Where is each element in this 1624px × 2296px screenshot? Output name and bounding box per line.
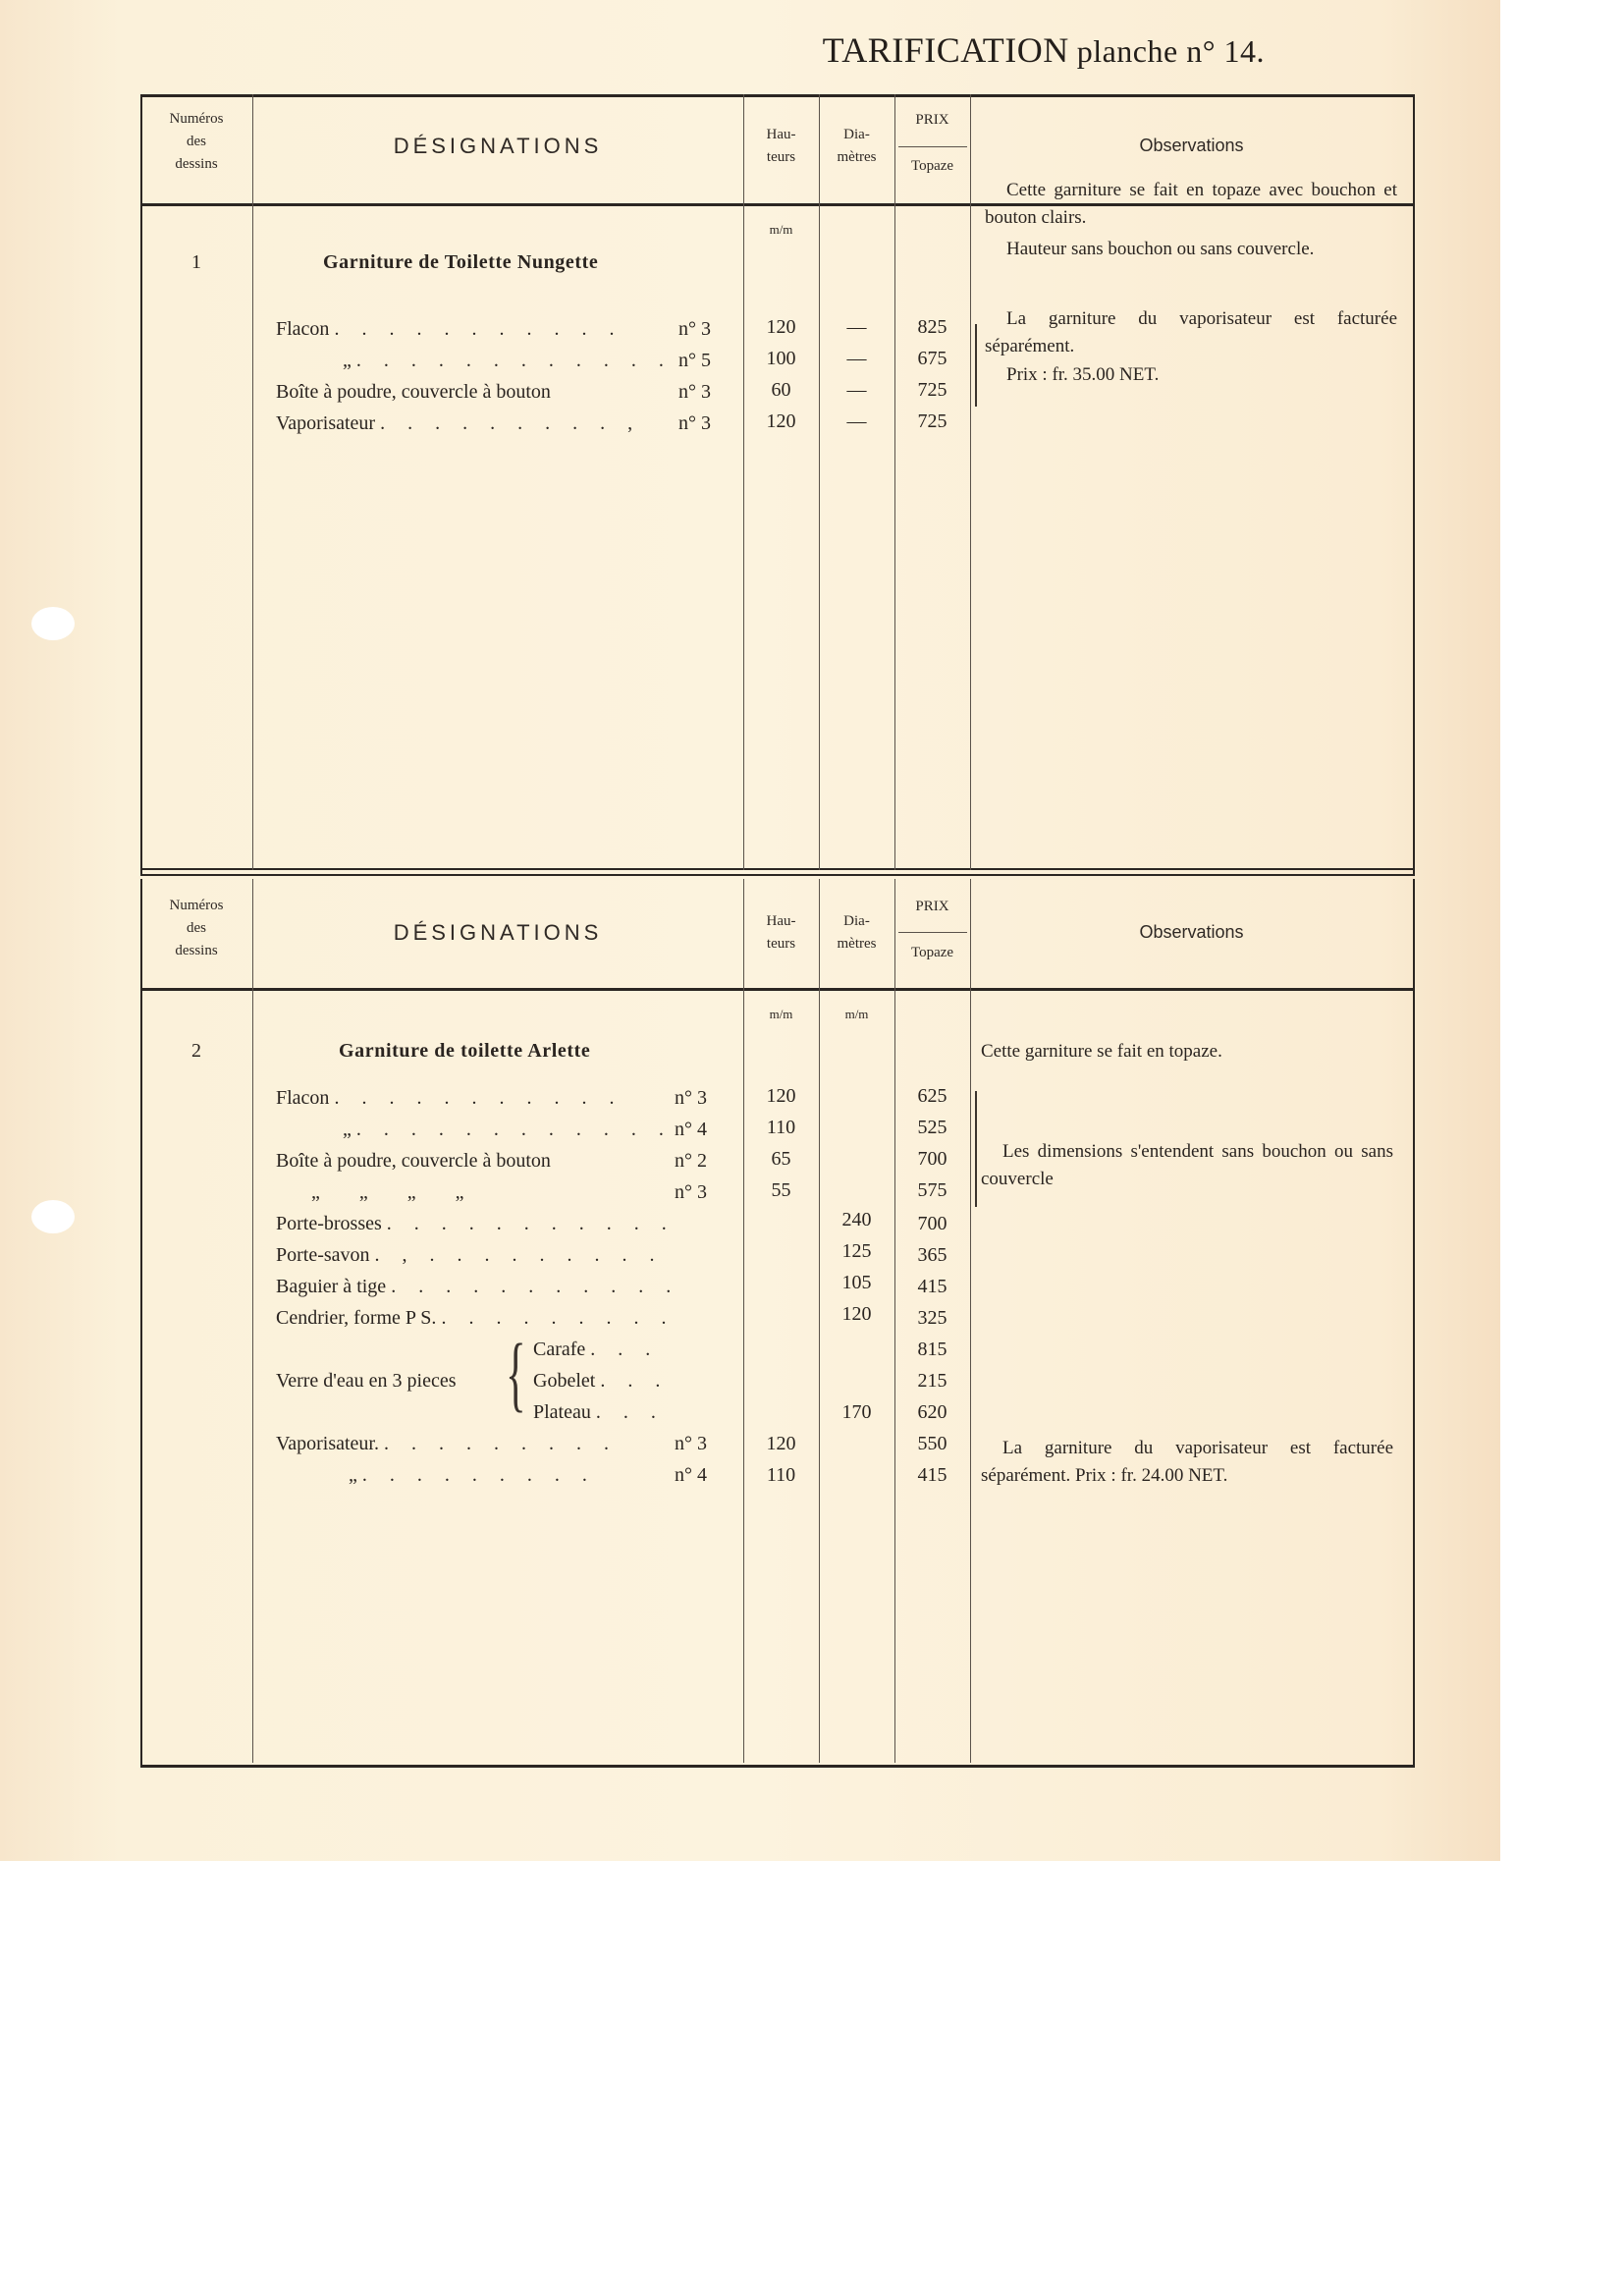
section-heading: Garniture de toilette Arlette (339, 1040, 590, 1063)
prix-separator (898, 932, 967, 933)
observation-text: Cette garniture se fait en topaze. (981, 1038, 1393, 1066)
col-divider (252, 879, 253, 1763)
col-divider (743, 94, 744, 870)
header-numeros: Numérosdesdessins (140, 108, 252, 176)
table-border-right (1413, 879, 1415, 1768)
table-border-left (140, 879, 142, 1768)
header-topaze: Topaze (894, 942, 970, 964)
unit-hauteurs: m/m (743, 222, 819, 238)
col-divider (970, 94, 971, 870)
document-page: TARIFICATIONplanche n° 14. Numérosdesdes… (0, 0, 1500, 1861)
curly-brace-icon: { (506, 1331, 526, 1415)
header-observations: Observations (970, 922, 1413, 943)
punch-hole (31, 607, 75, 640)
col-divider (894, 94, 895, 870)
table-border-right (1413, 94, 1415, 876)
price-table-1: Numérosdesdessins DÉSIGNATIONS Hau-teurs… (140, 94, 1415, 876)
drawing-number: 1 (140, 251, 252, 274)
col-divider (819, 94, 820, 870)
col-divider (970, 879, 971, 1763)
header-numeros: Numérosdesdessins (140, 895, 252, 962)
observation-text: Hauteur sans bouchon ou sans couvercle. (985, 236, 1397, 263)
unit-diametres: m/m (819, 1007, 894, 1022)
price-table-2: Numérosdesdessins DÉSIGNATIONS Hau-teurs… (140, 879, 1415, 1768)
plate-number: planche n° 14. (1077, 33, 1265, 69)
observation-text: Cette garniture se fait en topaze avec b… (985, 177, 1397, 232)
bottom-rule (140, 1765, 1415, 1768)
double-rule-b (140, 874, 1415, 876)
header-hauteurs: Hau-teurs (743, 124, 819, 169)
header-designations: DÉSIGNATIONS (252, 134, 743, 159)
double-rule-a (140, 868, 1415, 870)
observation-price: Prix : fr. 35.00 NET. (1006, 361, 1399, 389)
header-diametres: Dia-mètres (819, 910, 894, 956)
prix-separator (898, 146, 967, 147)
header-diametres: Dia-mètres (819, 124, 894, 169)
drawing-number: 2 (140, 1040, 252, 1063)
top-rule (140, 94, 1415, 97)
table-border-left (140, 94, 142, 876)
header-rule (140, 988, 1415, 991)
header-prix: PRIX (894, 896, 970, 918)
header-observations: Observations (970, 136, 1413, 156)
page-title: TARIFICATIONplanche n° 14. (823, 29, 1265, 71)
header-topaze: Topaze (894, 155, 970, 178)
header-designations: DÉSIGNATIONS (252, 920, 743, 946)
unit-hauteurs: m/m (743, 1007, 819, 1022)
header-hauteurs: Hau-teurs (743, 910, 819, 956)
verre-group-label: Verre d'eau en 3 pieces (276, 1370, 457, 1393)
col-divider (252, 94, 253, 870)
brace (975, 324, 977, 407)
punch-hole (31, 1200, 75, 1233)
section-heading: Garniture de Toilette Nungette (323, 251, 598, 274)
title-text: TARIFICATION (823, 30, 1069, 70)
observation-text: La garniture du vaporisateur est facturé… (981, 1435, 1393, 1490)
header-prix: PRIX (894, 109, 970, 132)
brace (975, 1091, 977, 1207)
observation-text: La garniture du vaporisateur est facturé… (985, 305, 1397, 360)
observation-text: Les dimensions s'entendent sans bouchon … (981, 1138, 1393, 1193)
